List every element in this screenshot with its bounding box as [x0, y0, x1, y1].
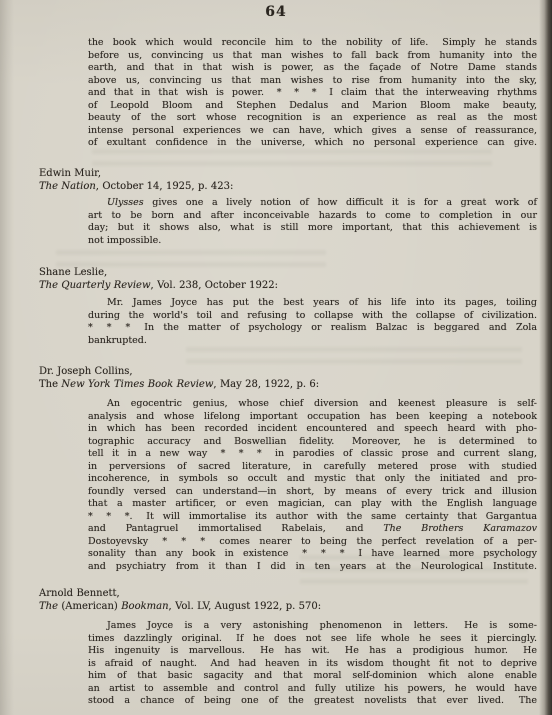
text-line: incoherence, in symbols so occult and my…: [88, 473, 537, 486]
text-segment: of exultant confidence in the universe, …: [88, 137, 537, 148]
text-line: before us, convincing us that man wishes…: [88, 50, 537, 63]
text-segment: is afraid of naught. And had heaven in i…: [88, 658, 537, 669]
text-segment: tographic accuracy and Boswellian fideli…: [88, 436, 537, 447]
text-line: of exultant confidence in the universe, …: [88, 137, 537, 150]
quote-joseph-collins: An egocentric genius, whose chief divers…: [88, 398, 537, 573]
quote-shane-leslie: Mr. James Joyce has put the best years o…: [88, 297, 537, 347]
text-line: that a master artificer, or even magicia…: [88, 498, 537, 511]
text-line: bankrupted.: [88, 335, 537, 348]
text-segment: him of that basic sagacity and that mora…: [88, 670, 537, 681]
text-segment: beauty of the sort whose recognition is …: [88, 112, 537, 123]
italic-text-segment: Bookman: [121, 601, 168, 612]
text-segment: that a master artificer, or even magicia…: [88, 498, 537, 509]
citation-source: The (American) Bookman, Vol. LV, August …: [39, 601, 539, 614]
text-line: Ulysses gives one a lively notion of how…: [88, 197, 537, 210]
text-segment: gives one a lively notion of how difficu…: [144, 197, 537, 208]
text-segment: An egocentric genius, whose chief divers…: [107, 398, 537, 409]
text-line: and Pantagruel immortalised Rabelais, an…: [88, 523, 537, 536]
text-segment: earth, and that in that wish is power, a…: [88, 62, 537, 73]
text-segment: The: [39, 379, 61, 390]
text-segment: the book which would reconcile him to th…: [88, 37, 537, 48]
text-line: the book which would reconcile him to th…: [88, 37, 537, 50]
text-segment: , Vol. LV, August 1922, p. 570:: [169, 601, 322, 612]
text-segment: incoherence, in symbols so occult and my…: [88, 473, 537, 484]
text-line: stood a chance of being one of the great…: [88, 695, 537, 708]
opening-paragraph: the book which would reconcile him to th…: [88, 37, 537, 150]
reverse-side-showthrough: [186, 344, 522, 364]
text-line: and psychiatry from it than I did in ten…: [88, 561, 537, 574]
text-segment: above us, convincing us that man wishes …: [88, 75, 537, 86]
text-segment: in perversions of sacred literature, in …: [88, 461, 537, 472]
quote-arnold-bennett: James Joyce is a very astonishing phenom…: [88, 620, 537, 708]
text-segment: day; but it shows also, what is still mo…: [88, 222, 537, 233]
text-segment: sonality than any book in existence * * …: [88, 548, 537, 559]
italic-text-segment: New York Times Book Review: [61, 379, 213, 390]
text-segment: tell it in a new way * * * in parodies o…: [88, 448, 537, 459]
text-segment: Dostoyevsky * * * comes nearer to being …: [88, 536, 537, 547]
text-line: intense personal experiences we can have…: [88, 125, 537, 138]
text-line: an artist to assemble and control and fu…: [88, 683, 537, 696]
citation-source: The Quarterly Review, Vol. 238, October …: [39, 280, 539, 293]
text-line: day; but it shows also, what is still mo…: [88, 222, 537, 235]
text-segment: * * *. It will immortalise its author wi…: [88, 511, 537, 522]
text-line: Mr. James Joyce has put the best years o…: [88, 297, 537, 310]
text-segment: bankrupted.: [88, 335, 147, 346]
text-segment: and Pantagruel immortalised Rabelais, an…: [88, 523, 383, 534]
text-segment: and psychiatry from it than I did in ten…: [88, 561, 537, 572]
italic-text-segment: Ulysses: [107, 197, 144, 208]
attribution-arnold-bennett: Arnold Bennett, The (American) Bookman, …: [39, 588, 539, 613]
text-segment: art to be born and after inconceivable h…: [88, 210, 537, 221]
italic-text-segment: The Quarterly Review: [39, 280, 151, 291]
quote-edwin-muir: Ulysses gives one a lively notion of how…: [88, 197, 537, 247]
text-line: Dostoyevsky * * * comes nearer to being …: [88, 536, 537, 549]
text-line: in perversions of sacred literature, in …: [88, 461, 537, 474]
text-line: beauty of the sort whose recognition is …: [88, 112, 537, 125]
text-segment: not impossible.: [88, 235, 161, 246]
text-segment: times dazzlingly original. If he does no…: [88, 633, 537, 644]
text-segment: James Joyce is a very astonishing phenom…: [107, 620, 537, 631]
text-line: analysis and whose lifelong important oc…: [88, 411, 537, 424]
italic-text-segment: The Brothers Karamazov: [383, 523, 537, 534]
text-line: of Leopold Bloom and Stephen Dedalus and…: [88, 100, 537, 113]
text-segment: in which has been recorded incident enco…: [88, 423, 537, 434]
text-line: during the world's toil and refusing to …: [88, 310, 537, 323]
italic-text-segment: The Nation: [39, 181, 96, 192]
text-segment: foundly versed can understand—in short, …: [88, 486, 537, 497]
text-segment: during the world's toil and refusing to …: [88, 310, 537, 321]
critic-name: Shane Leslie,: [39, 267, 539, 280]
text-line: him of that basic sagacity and that mora…: [88, 670, 537, 683]
critic-name: Dr. Joseph Collins,: [39, 366, 539, 379]
citation-source: The Nation, October 14, 1925, p. 423:: [39, 181, 539, 194]
text-segment: and that in that wish is power. * * * I …: [88, 87, 537, 98]
italic-text-segment: The: [39, 601, 58, 612]
text-line: times dazzlingly original. If he does no…: [88, 633, 537, 646]
page-number: 64: [0, 4, 552, 20]
text-segment: , May 28, 1922, p. 6:: [213, 379, 319, 390]
text-line: James Joyce is a very astonishing phenom…: [88, 620, 537, 633]
text-line: sonality than any book in existence * * …: [88, 548, 537, 561]
text-line: An egocentric genius, whose chief divers…: [88, 398, 537, 411]
text-segment: before us, convincing us that man wishes…: [88, 50, 537, 61]
text-segment: , Vol. 238, October 1922:: [151, 280, 278, 291]
text-line: * * *. It will immortalise its author wi…: [88, 511, 537, 524]
attribution-shane-leslie: Shane Leslie, The Quarterly Review, Vol.…: [39, 267, 539, 292]
attribution-joseph-collins: Dr. Joseph Collins, The New York Times B…: [39, 366, 539, 391]
text-line: * * * In the matter of psychology or rea…: [88, 322, 537, 335]
text-line: above us, convincing us that man wishes …: [88, 75, 537, 88]
attribution-edwin-muir: Edwin Muir, The Nation, October 14, 1925…: [39, 168, 539, 193]
page-right-edge-shadow: [539, 0, 552, 715]
scanned-book-page: 64 the book which would reconcile him to…: [0, 0, 552, 715]
text-line: tell it in a new way * * * in parodies o…: [88, 448, 537, 461]
text-segment: Mr. James Joyce has put the best years o…: [107, 297, 537, 308]
reverse-side-showthrough: [92, 146, 492, 170]
reverse-side-showthrough: [56, 247, 326, 269]
text-segment: His ingenuity is marvellous. He has wit.…: [88, 645, 537, 656]
text-line: art to be born and after inconceivable h…: [88, 210, 537, 223]
text-line: and that in that wish is power. * * * I …: [88, 87, 537, 100]
text-line: earth, and that in that wish is power, a…: [88, 62, 537, 75]
text-line: tographic accuracy and Boswellian fideli…: [88, 436, 537, 449]
text-segment: stood a chance of being one of the great…: [88, 695, 537, 706]
text-segment: intense personal experiences we can have…: [88, 125, 537, 136]
page-left-edge-shadow: [0, 0, 14, 715]
text-segment: of Leopold Bloom and Stephen Dedalus and…: [88, 100, 537, 111]
critic-name: Edwin Muir,: [39, 168, 539, 181]
text-segment: analysis and whose lifelong important oc…: [88, 411, 537, 422]
text-line: in which has been recorded incident enco…: [88, 423, 537, 436]
text-line: not impossible.: [88, 235, 537, 248]
text-line: His ingenuity is marvellous. He has wit.…: [88, 645, 537, 658]
citation-source: The New York Times Book Review, May 28, …: [39, 379, 539, 392]
text-segment: , October 14, 1925, p. 423:: [96, 181, 234, 192]
text-segment: * * * In the matter of psychology or rea…: [88, 322, 537, 333]
text-line: foundly versed can understand—in short, …: [88, 486, 537, 499]
text-line: is afraid of naught. And had heaven in i…: [88, 658, 537, 671]
text-segment: (American): [58, 601, 121, 612]
text-segment: an artist to assemble and control and fu…: [88, 683, 537, 694]
critic-name: Arnold Bennett,: [39, 588, 539, 601]
